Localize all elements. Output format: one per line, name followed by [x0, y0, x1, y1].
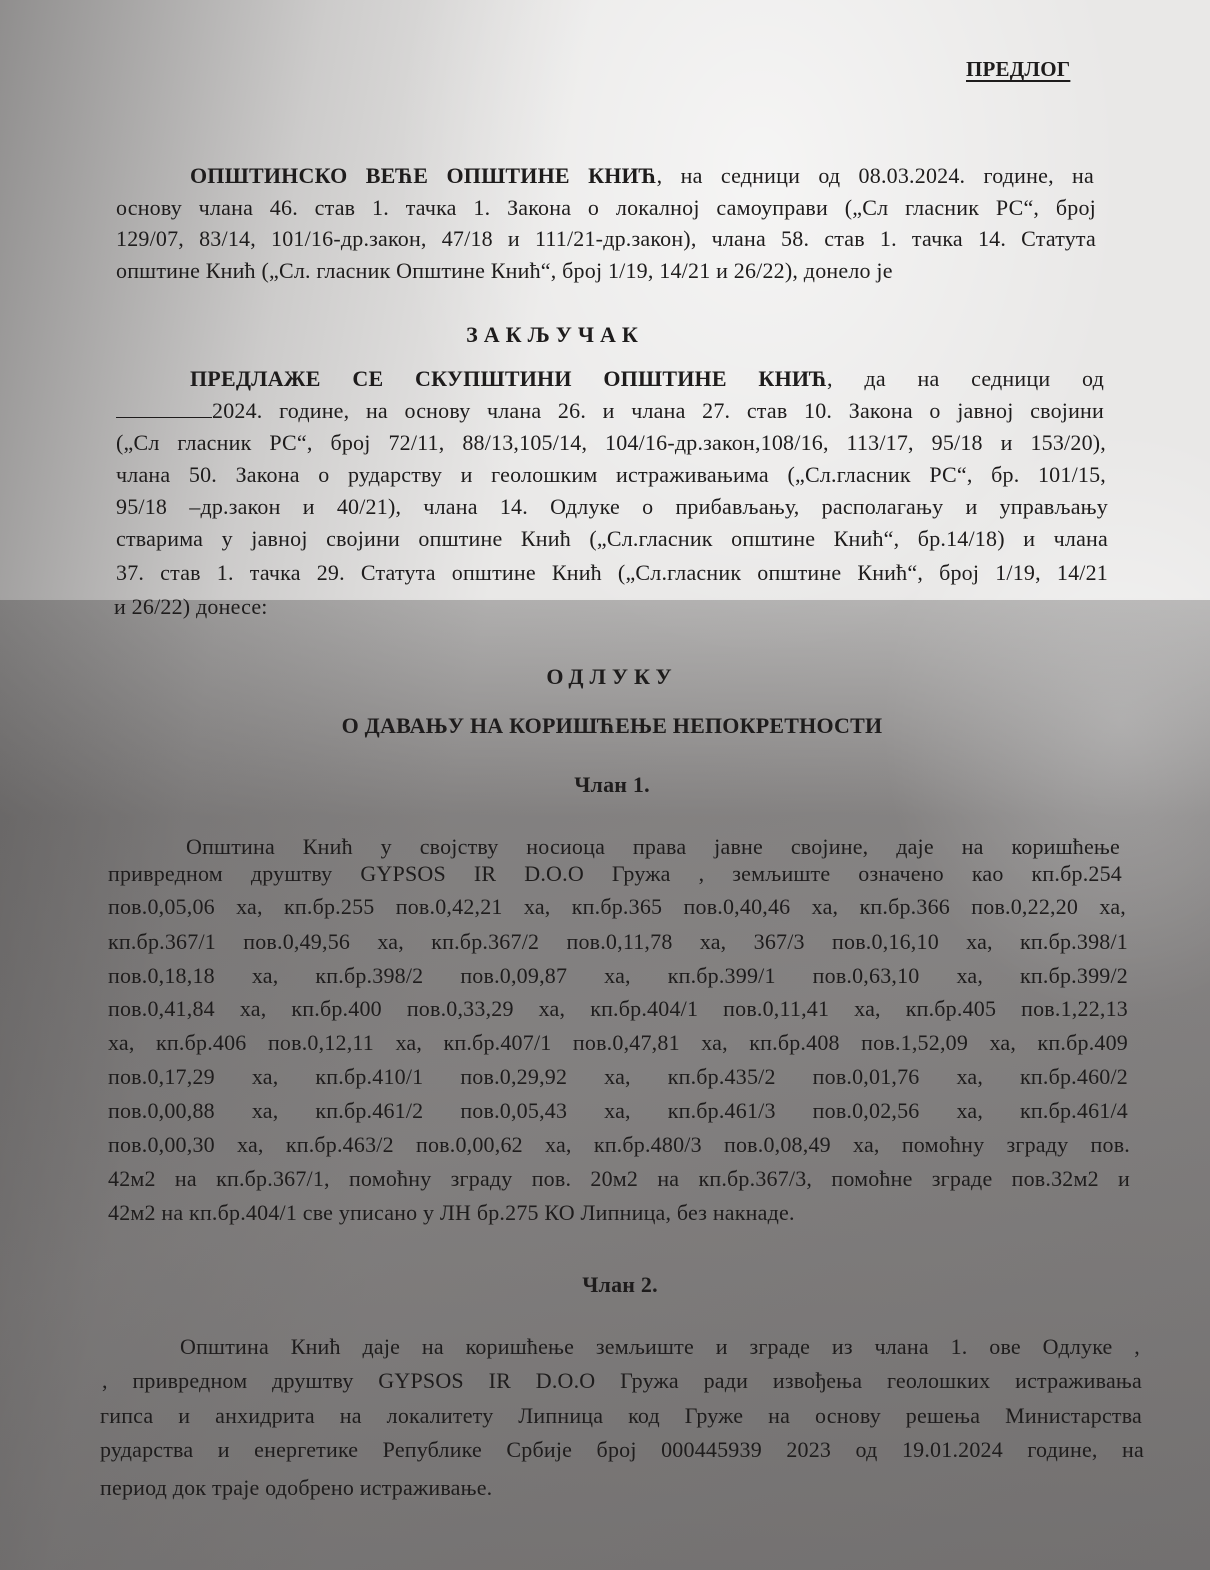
conclusion-line-6: стварима у јавној својини општине Кнић (…: [116, 526, 1108, 552]
article-1-line: пов.0,00,88 ха, кп.бр.461/2 пов.0,05,43 …: [108, 1098, 1128, 1124]
conclusion-line-8: и 26/22) донесе:: [114, 594, 268, 620]
article-2-line: период док траје одобрено истраживање.: [100, 1475, 492, 1501]
article-1-line: 42м2 на кп.бр.367/1, помоћну зграду пов.…: [108, 1166, 1130, 1192]
date-blank: [116, 399, 212, 418]
decision-heading: ОДЛУКУ: [0, 664, 1210, 690]
intro-line-3: 129/07, 83/14, 101/16-др.закон, 47/18 и …: [116, 226, 1096, 252]
conclusion-line-4: члана 50. Закона о рударству и геолошким…: [116, 462, 1106, 488]
assembly-proposal-lead: ПРЕДЛАЖЕ СЕ СКУПШТИНИ ОПШТИНЕ КНИЋ: [190, 366, 827, 391]
article-1-line: 42м2 на кп.бр.404/1 све уписано у ЛН бр.…: [108, 1200, 795, 1226]
conclusion-line-3: („Сл гласник РС“, број 72/11, 88/13,105/…: [116, 430, 1106, 456]
document-page: ПРЕДЛОГ ОПШТИНСКО ВЕЋЕ ОПШТИНЕ КНИЋ, на …: [0, 0, 1210, 1570]
intro-line-2: основу члана 46. став 1. тачка 1. Закона…: [116, 195, 1096, 221]
article-1-line: пов.0,18,18 ха, кп.бр.398/2 пов.0,09,87 …: [108, 963, 1128, 989]
intro-line-1: ОПШТИНСКО ВЕЋЕ ОПШТИНЕ КНИЋ, на седници …: [190, 163, 1094, 189]
conclusion-line-5: 95/18 –др.закон и 40/21), члана 14. Одлу…: [116, 494, 1108, 520]
intro-line-4: општине Кнић („Сл. гласник Општине Кнић“…: [116, 258, 893, 284]
proposal-label: ПРЕДЛОГ: [966, 56, 1070, 82]
article-2-line: рударства и енергетике Републике Србије …: [100, 1437, 1144, 1463]
conclusion-line-1-text: , да на седници од: [827, 366, 1104, 391]
conclusion-line-1: ПРЕДЛАЖЕ СЕ СКУПШТИНИ ОПШТИНЕ КНИЋ, да н…: [190, 366, 1104, 392]
article-1-line: ха, кп.бр.406 пов.0,12,11 ха, кп.бр.407/…: [108, 1030, 1128, 1056]
article-1-line: привредном друштву GYPSOS IR D.O.O Гружа…: [108, 861, 1122, 887]
decision-subheading: О ДАВАЊУ НА КОРИШЋЕЊЕ НЕПОКРЕТНОСТИ: [0, 713, 1210, 739]
conclusion-line-2-text: 2024. године, на основу члана 26. и члан…: [212, 398, 1104, 423]
article-2-heading: Члан 2.: [0, 1272, 1210, 1298]
document-content: ПРЕДЛОГ ОПШТИНСКО ВЕЋЕ ОПШТИНЕ КНИЋ, на …: [0, 0, 1210, 1570]
article-1-line: кп.бр.367/1 пов.0,49,56 ха, кп.бр.367/2 …: [108, 929, 1128, 955]
article-1-line: пов.0,17,29 ха, кп.бр.410/1 пов.0,29,92 …: [108, 1064, 1128, 1090]
article-1-line: пов.0,00,30 ха, кп.бр.463/2 пов.0,00,62 …: [108, 1132, 1130, 1158]
article-2-line: , привредном друштву GYPSOS IR D.O.O Гру…: [102, 1368, 1142, 1394]
article-1-line: пов.0,41,84 ха, кп.бр.400 пов.0,33,29 ха…: [108, 996, 1128, 1022]
article-1-line: Општина Кнић у својству носиоца права ја…: [186, 834, 1120, 860]
article-2-line: гипса и анхидрита на локалитету Липница …: [100, 1403, 1142, 1429]
conclusion-line-7: 37. став 1. тачка 29. Статута општине Кн…: [116, 560, 1108, 586]
conclusion-heading: ЗАКЉУЧАК: [0, 322, 1110, 348]
conclusion-line-2: 2024. године, на основу члана 26. и члан…: [116, 398, 1104, 424]
intro-line-1-text: , на седници од 08.03.2024. године, на: [657, 163, 1094, 188]
council-name: ОПШТИНСКО ВЕЋЕ ОПШТИНЕ КНИЋ: [190, 163, 657, 188]
article-1-line: пов.0,05,06 ха, кп.бр.255 пов.0,42,21 ха…: [108, 894, 1126, 920]
article-1-heading: Члан 1.: [0, 772, 1210, 798]
article-2-line: Општина Кнић даје на коришћење земљиште …: [180, 1334, 1140, 1360]
